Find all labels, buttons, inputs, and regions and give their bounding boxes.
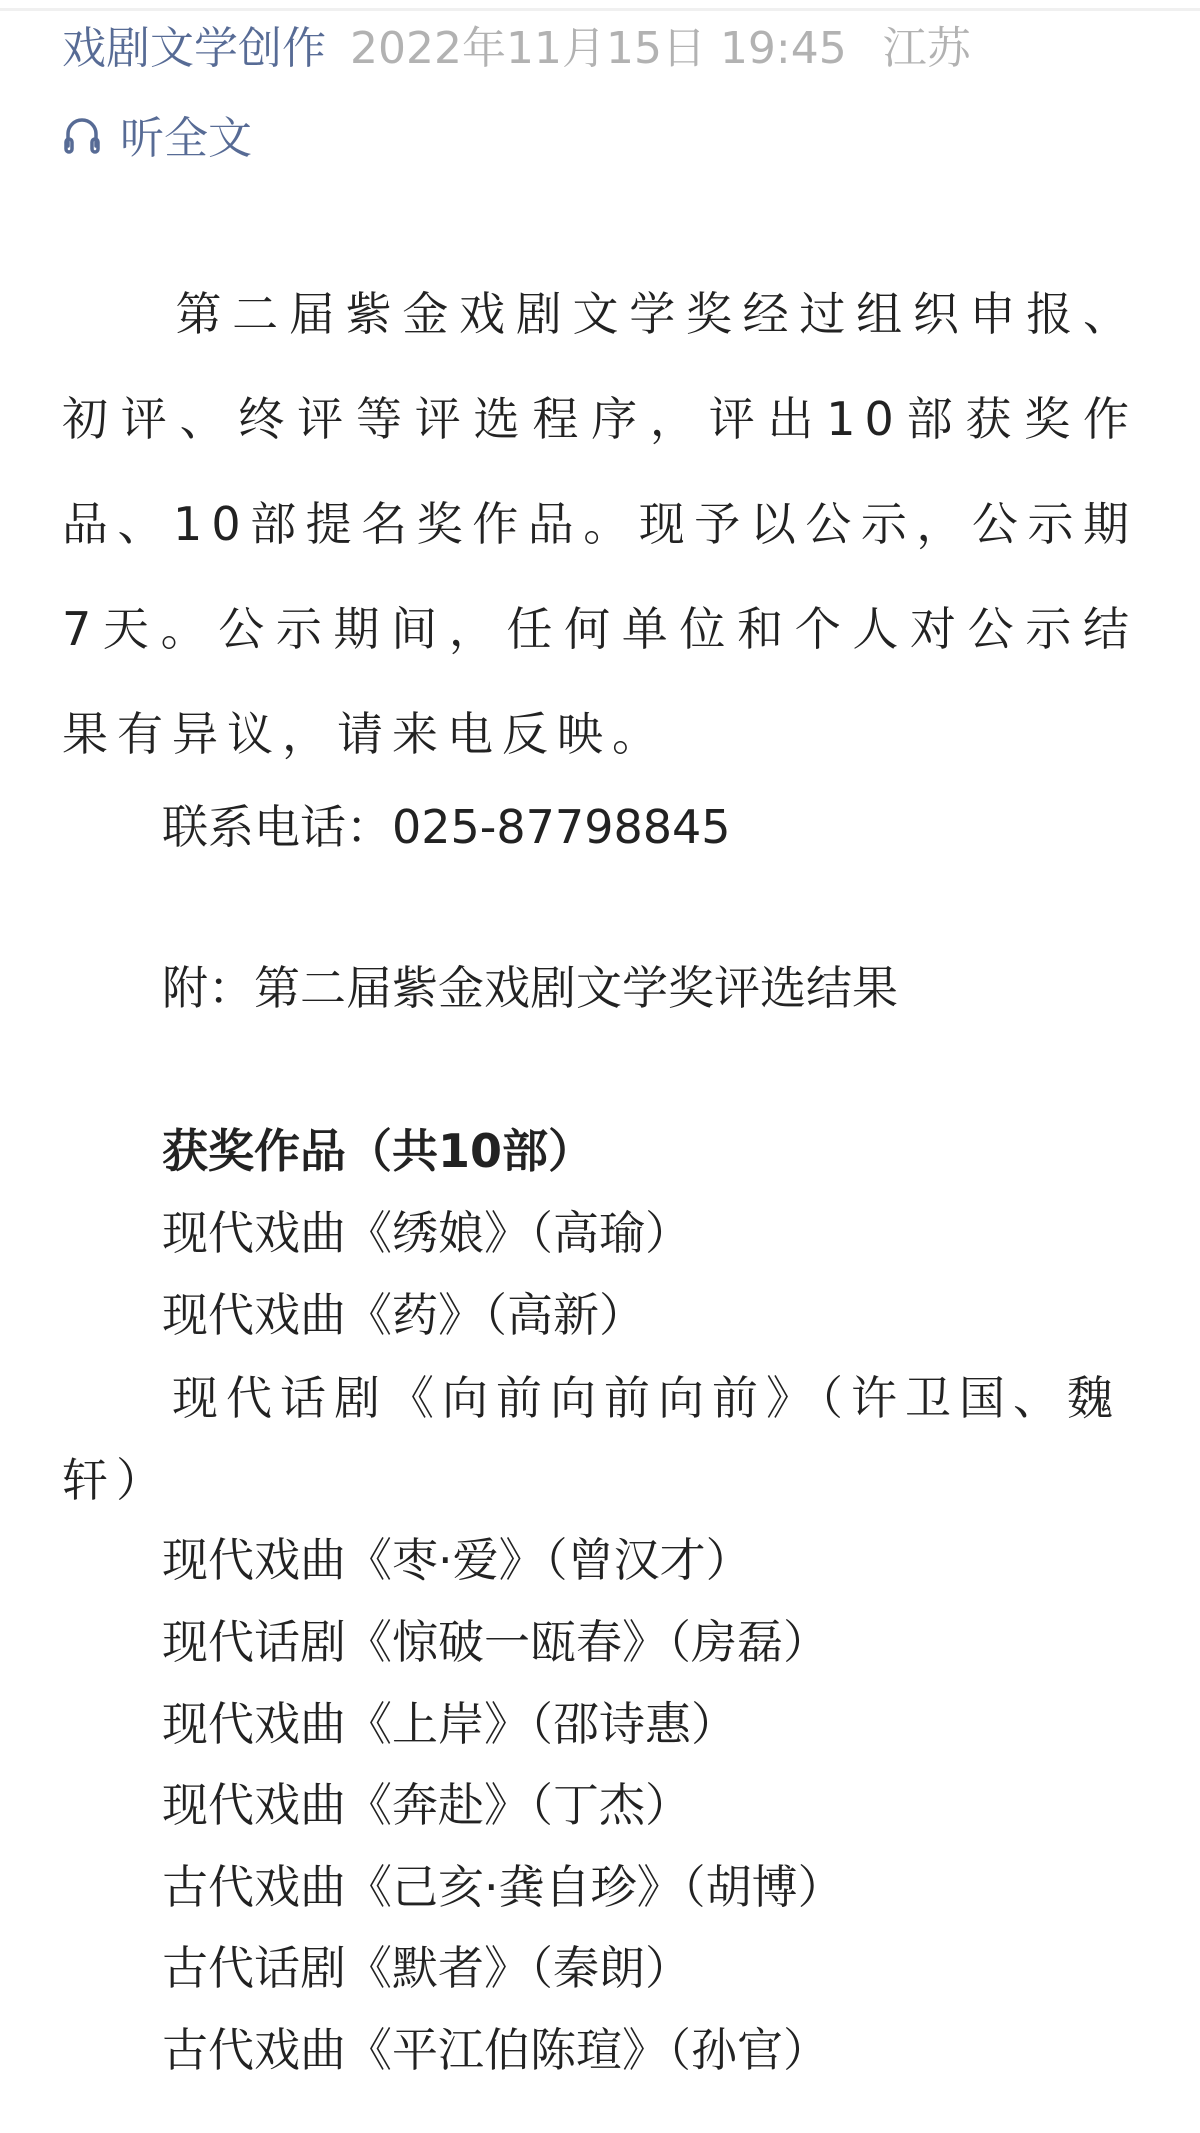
attachment-title: 附：第二届紫金戏剧文学奖评选结果 (162, 958, 898, 1018)
article-meta: 戏剧文学创作 2022年11月15日 19:45 江苏 (62, 14, 971, 74)
award-item: 现代戏曲《绣娘》（高瑜） (162, 1203, 691, 1263)
award-item: 古代戏曲《己亥·龚自珍》（胡博） (162, 1857, 844, 1917)
award-item: 现代戏曲《奔赴》（丁杰） (162, 1775, 691, 1835)
award-item: 现代话剧《惊破一瓯春》（房磊） (162, 1612, 829, 1672)
award-item: 古代戏曲《平江伯陈瑄》（孙官） (162, 2020, 829, 2080)
listen-full-text-button[interactable]: 听全文 (62, 104, 252, 164)
award-item: 现代戏曲《枣·爱》（曾汉才） (162, 1530, 752, 1590)
award-item: 古代话剧《默者》（秦朗） (162, 1938, 691, 1998)
top-divider (0, 8, 1200, 11)
listen-label: 听全文 (120, 102, 252, 166)
award-item: 现代戏曲《药》（高新） (162, 1285, 645, 1345)
award-item: 现代话剧《向前向前向前》（许卫国、魏轩） (62, 1357, 1138, 1521)
intro-paragraph: 第二届紫金戏剧文学奖经过组织申报、初评、终评等评选程序，评出10部获奖作品、10… (62, 262, 1138, 787)
award-item: 现代戏曲《上岸》（邵诗惠） (162, 1694, 737, 1754)
headphones-icon (62, 112, 102, 156)
publish-time: 2022年11月15日 19:45 (350, 12, 847, 76)
ip-region: 江苏 (883, 12, 971, 76)
contact-phone: 联系电话：025-87798845 (162, 797, 731, 857)
account-name-link[interactable]: 戏剧文学创作 (62, 12, 326, 76)
award-heading: 获奖作品（共10部） (162, 1121, 594, 1181)
